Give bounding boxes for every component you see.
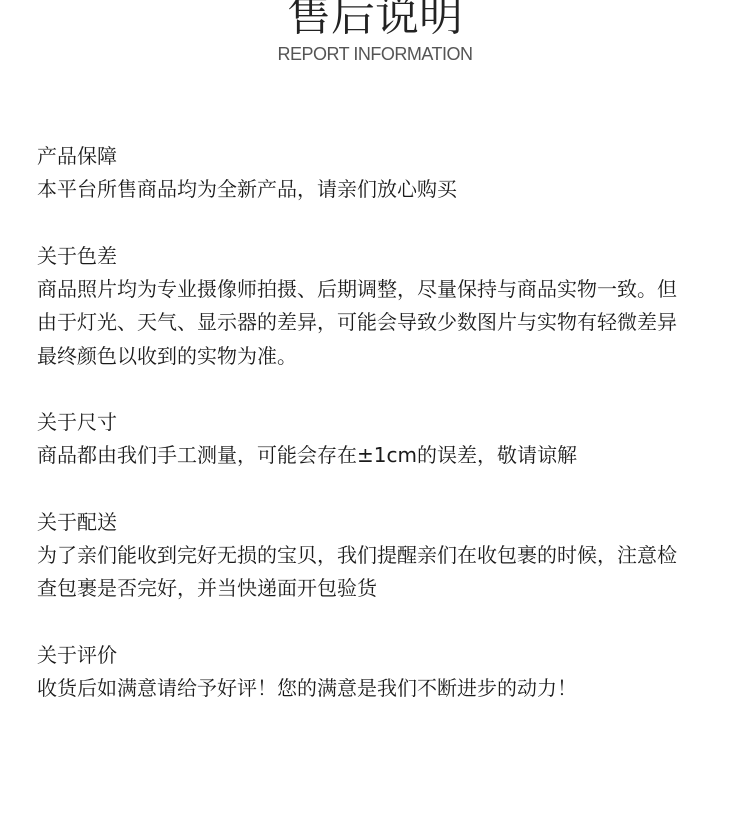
section-text: 商品都由我们手工测量，可能会存在±1cm的误差，敬请谅解 [37, 439, 717, 473]
page-subtitle: REPORT INFORMATION [0, 44, 750, 64]
section-color-difference: 关于色差 商品照片均为专业摄像师拍摄、后期调整，尽量保持与商品实物一致。但 由于… [37, 240, 717, 374]
section-size: 关于尺寸 商品都由我们手工测量，可能会存在±1cm的误差，敬请谅解 [37, 406, 717, 473]
page-title: 售后说明 [0, 0, 750, 44]
section-heading: 关于配送 [37, 506, 717, 539]
page-header: 售后说明 REPORT INFORMATION [0, 0, 750, 64]
section-text: 商品照片均为专业摄像师拍摄、后期调整，尽量保持与商品实物一致。但 [37, 273, 717, 307]
section-text: 由于灯光、天气、显示器的差异，可能会导致少数图片与实物有轻微差异 [37, 306, 717, 340]
section-text: 最终颜色以收到的实物为准。 [37, 340, 717, 374]
section-heading: 关于色差 [37, 240, 717, 273]
after-sales-content: 产品保障 本平台所售商品均为全新产品，请亲们放心购买 关于色差 商品照片均为专业… [37, 140, 717, 738]
section-review: 关于评价 收货后如满意请给予好评！您的满意是我们不断进步的动力！ [37, 639, 717, 706]
section-text: 查包裹是否完好，并当快递面开包验货 [37, 572, 717, 606]
section-text: 为了亲们能收到完好无损的宝贝，我们提醒亲们在收包裹的时候，注意检 [37, 539, 717, 573]
section-text: 本平台所售商品均为全新产品，请亲们放心购买 [37, 173, 717, 207]
section-heading: 关于评价 [37, 639, 717, 672]
section-heading: 关于尺寸 [37, 406, 717, 439]
section-heading: 产品保障 [37, 140, 717, 173]
section-delivery: 关于配送 为了亲们能收到完好无损的宝贝，我们提醒亲们在收包裹的时候，注意检 查包… [37, 506, 717, 606]
section-product-guarantee: 产品保障 本平台所售商品均为全新产品，请亲们放心购买 [37, 140, 717, 207]
section-text: 收货后如满意请给予好评！您的满意是我们不断进步的动力！ [37, 672, 717, 706]
